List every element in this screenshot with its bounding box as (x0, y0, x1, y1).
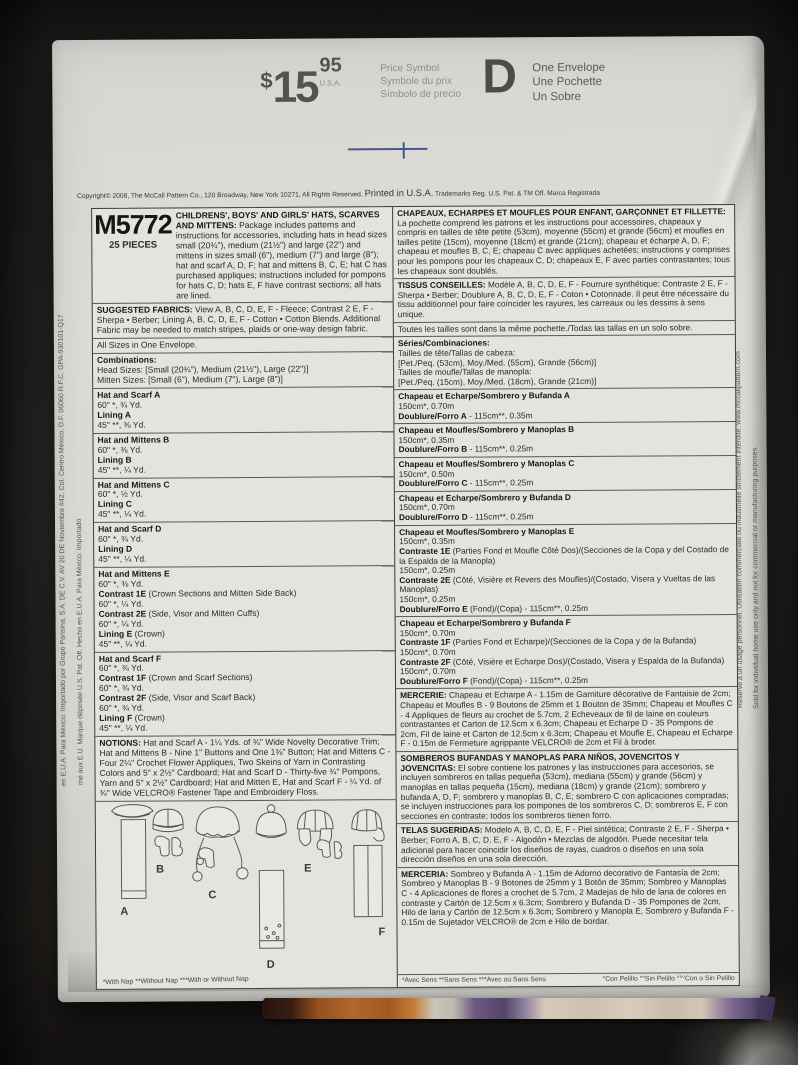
price: $1595U.S.A. (260, 54, 342, 112)
metric-view-a: Chapeau et Echarpe/Sombrero y Bufanda A … (394, 387, 735, 423)
metric-view-c: Chapeau et Moufles/Sombrero y Manoplas C… (395, 455, 736, 491)
series-combinaciones: Séries/Combinaciones: Tailles de tête/Ta… (394, 334, 735, 389)
suggested-fabrics: SUGGESTED FABRICS: View A, B, C, D, E, F… (93, 302, 393, 339)
view-a-drawing (112, 804, 154, 898)
yardage-view-e: Hat and Mittens E 60" *, ⅜ Yd. Contrast … (94, 565, 395, 651)
pen-mark (348, 148, 428, 150)
side-text-left-inner: mé aux E.U. Marque déposée U.S. Pat. Off… (74, 240, 84, 785)
metric-view-d: Chapeau et Echarpe/Sombrero y Bufanda D … (395, 489, 736, 525)
view-d-label: D (267, 958, 275, 971)
pen-mark (403, 142, 405, 159)
side-text-left-outer: en E.U.A. Para México: Importado por Gru… (57, 230, 67, 786)
pattern-number: M5772 (94, 211, 172, 238)
yardage-view-f: Hat and Scarf F 60" *, ¾ Yd. Contrast 1F… (95, 650, 396, 736)
view-a-label: A (120, 905, 128, 918)
merceria: MERCERIA: Sombreo y Bufanda A - 1.15m de… (397, 865, 738, 930)
mercerie: MERCERIE: Chapeau et Echarpe A - 1.15m d… (396, 686, 737, 751)
metric-view-e: Chapeau et Moufles/Sombrero y Manoplas E… (395, 523, 737, 617)
combinations: Combinations: Head Sizes: [Small (20¾"),… (93, 351, 393, 388)
metric-view-b: Chapeau et Moufles/Sombrero y Manoplas B… (394, 421, 735, 457)
yardage-view-a: Hat and Scarf A 60" *, ¾ Yd. Lining A 45… (93, 386, 393, 433)
notions: NOTIONS: Hat and Scarf A - 1¼ Yds. of ¾"… (95, 734, 395, 800)
view-d-drawing (256, 804, 287, 948)
tissus-conseilles: TISSUS CONSEILLES: Modèle A, B, C, D, E,… (394, 276, 735, 322)
views-drawings: A B C D E F *With Nap **Without Nap ***W… (96, 799, 397, 989)
view-c-label: C (208, 889, 216, 902)
spanish-description: SOMBREROS BUFANDAS Y MANOPLAS PARA NIÑOS… (396, 749, 737, 823)
price-symbol-value: D (482, 49, 517, 104)
english-column: M5772 25 PIECES CHILDRENS', BOYS' AND GI… (92, 207, 398, 989)
pattern-envelope-back: $1595U.S.A. Price Symbol Symbole du prix… (52, 36, 770, 1002)
english-description: CHILDRENS', BOYS' AND GIRLS' HATS, SCARV… (176, 210, 389, 301)
french-spanish-column: CHAPEAUX, ECHARPES ET MOUFLES POUR ENFAN… (393, 205, 739, 987)
view-e-label: E (304, 862, 311, 875)
nap-footnote: *With Nap **Without Nap ***With or Witho… (103, 976, 249, 987)
telas-sugeridas: TELAS SUGERIDAS: Modelo A, B, C, D, E, F… (397, 821, 738, 867)
yardage-view-c: Hat and Mittens C 60" *, ½ Yd. Lining C … (94, 476, 394, 523)
view-f-label: F (378, 926, 385, 939)
metric-view-f: Chapeau et Echarpe/Sombrero y Bufanda F … (396, 614, 737, 688)
price-symbol-labels: Price Symbol Symbole du prix Símbolo de … (380, 62, 461, 101)
view-b-drawing (153, 809, 183, 856)
garment-line-art (98, 802, 395, 954)
envelope-count-labels: One Envelope Une Pochette Un Sobre (532, 61, 605, 105)
yardage-view-b: Hat and Mittens B 60" *, ⅜ Yd. Lining B … (93, 431, 393, 478)
pattern-header: M5772 25 PIECES CHILDRENS', BOYS' AND GI… (92, 207, 393, 303)
french-description: CHAPEAUX, ECHARPES ET MOUFLES POUR ENFAN… (393, 205, 734, 278)
sens-pelillo-footnote: *Avec Sens **Sans Sens ***Avec ou Sans S… (398, 972, 739, 987)
fabric-strip (262, 998, 767, 1019)
photo-background: $1595U.S.A. Price Symbol Symbole du prix… (0, 0, 798, 1065)
pieces-count: 25 PIECES (94, 239, 172, 251)
view-e-drawing (297, 810, 342, 859)
copyright-line: Copyright© 2008, The McCall Pattern Co.,… (77, 186, 745, 200)
fabric-strip-end (756, 995, 776, 1021)
view-c-drawing (192, 806, 248, 880)
view-f-drawing (352, 809, 385, 916)
side-text-right-outer: Sold for individual home use only and no… (750, 164, 760, 709)
view-b-label: B (156, 863, 164, 876)
info-table: M5772 25 PIECES CHILDRENS', BOYS' AND GI… (91, 204, 740, 990)
yardage-view-d: Hat and Scarf D 60" *, ¾ Yd. Lining D 45… (94, 520, 394, 567)
